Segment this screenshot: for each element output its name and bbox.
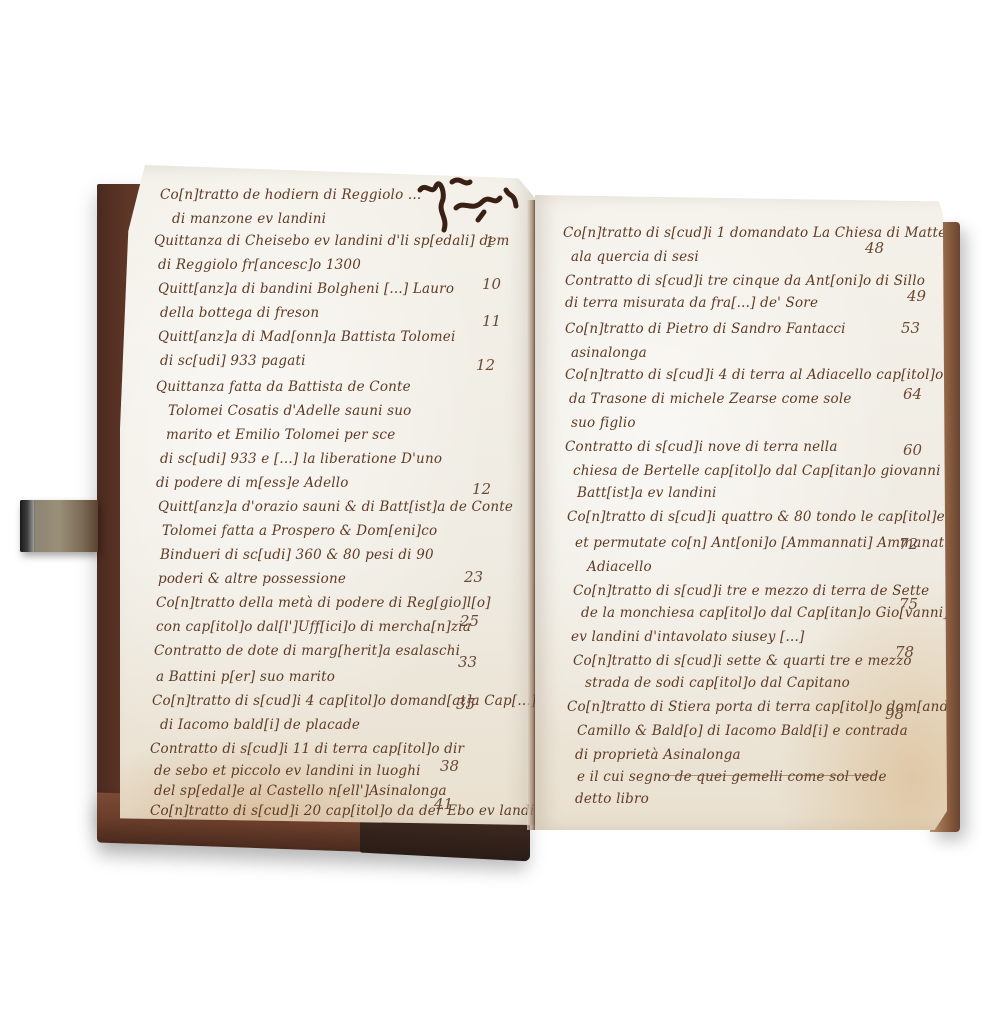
handwritten-line: Co[n]tratto di s[cud]i 1 domandato La Ch… <box>563 225 947 241</box>
manuscript-photo: Co[n]tratto de hodiern di Reggiolo ... d… <box>0 0 982 1024</box>
wormhole-damage <box>412 172 532 242</box>
folio-number: 75 <box>899 595 918 613</box>
folio-number: 35 <box>456 695 475 713</box>
folio-number: 98 <box>885 705 904 723</box>
handwritten-line: da Trasone di michele Zearse come sole <box>569 391 852 407</box>
handwritten-line: e il cui segno de quei gemelli come sol … <box>577 769 887 785</box>
handwritten-line: suo figlio <box>571 415 636 431</box>
handwritten-line: di terra misurata da fra[...] de' Sore <box>565 295 818 311</box>
handwritten-line: Camillo & Bald[o] di Iacomo Bald[i] e co… <box>577 723 908 739</box>
folio-number: 60 <box>903 441 922 459</box>
handwritten-line: Co[n]tratto di s[cud]i 4 di terra al Adi… <box>565 367 943 383</box>
handwritten-line: de sebo et piccolo ev landini in luoghi <box>154 763 421 779</box>
folio-number: 64 <box>903 385 922 403</box>
handwritten-line: a Battini p[er] suo marito <box>156 669 335 685</box>
folio-number: 10 <box>482 275 501 293</box>
handwritten-line: Co[n]tratto di s[cud]i 20 cap[itol]o da … <box>150 803 535 819</box>
folio-number: 49 <box>907 287 926 305</box>
handwritten-line: Batt[ist]a ev landini <box>577 485 717 501</box>
handwritten-line: ala quercia di sesi <box>571 249 699 265</box>
handwritten-line: Contratto di s[cud]i tre cinque da Ant[o… <box>565 273 925 289</box>
handwritten-line: di manzone ev landini <box>172 211 326 227</box>
handwritten-line: Contratto di s[cud]i nove di terra nella <box>565 439 838 455</box>
folio-number: 11 <box>482 312 501 330</box>
handwritten-line: Tolomei Cosatis d'Adelle sauni suo <box>168 403 412 419</box>
handwritten-line: ev landini d'intavolato siusey [...] <box>571 629 804 645</box>
handwritten-line: di Reggiolo fr[ancesc]o 1300 <box>158 257 361 273</box>
handwritten-line: di proprietà Asinalonga <box>575 747 741 763</box>
handwritten-line: Co[n]tratto di s[cud]i quattro & 80 tond… <box>567 509 945 525</box>
handwritten-line: Co[n]tratto di s[cud]i tre e mezzo di te… <box>573 583 929 599</box>
handwritten-line: Tolomei fatta a Prospero & Dom[eni]co <box>162 523 437 539</box>
handwritten-line: detto libro <box>575 791 649 807</box>
handwritten-line: Quitt[anz]a di Mad[onn]a Battista Tolome… <box>158 329 455 345</box>
handwritten-line: Contratto de dote di marg[herit]a esalas… <box>154 643 460 659</box>
folio-number: 78 <box>895 643 914 661</box>
handwritten-line: chiesa de Bertelle cap[itol]o dal Cap[it… <box>573 463 941 479</box>
left-page: Co[n]tratto de hodiern di Reggiolo ... d… <box>120 165 535 825</box>
handwritten-line: Co[n]tratto di Pietro di Sandro Fantacci <box>565 321 846 337</box>
handwritten-line: Co[n]tratto di s[cud]i 4 cap[itol]o doma… <box>152 693 535 709</box>
folio-number: 38 <box>440 757 459 775</box>
handwritten-line: de la monchiesa cap[itol]o dal Cap[itan]… <box>581 605 947 621</box>
folio-number: 48 <box>865 239 884 257</box>
handwritten-line: Adiacello <box>587 559 652 575</box>
clasp-tip <box>20 500 34 552</box>
folio-number: 12 <box>472 480 491 498</box>
folio-number: 41 <box>434 795 453 813</box>
right-page: Co[n]tratto di s[cud]i 1 domandato La Ch… <box>535 195 947 830</box>
handwritten-line: Bindueri di sc[udi] 360 & 80 pesi di 90 <box>160 547 434 563</box>
ink-rule <box>665 775 875 776</box>
handwritten-line: con cap[itol]o dal[l']Uff[ici]o di merch… <box>156 619 471 635</box>
handwritten-line: Quittanza fatta da Battista de Conte <box>156 379 411 395</box>
folio-number: 53 <box>901 319 920 337</box>
handwritten-line: Co[n]tratto della metà di podere di Reg[… <box>156 595 491 611</box>
handwritten-line: di podere di m[ess]e Adello <box>156 475 349 491</box>
folio-number: 23 <box>464 568 483 586</box>
handwritten-line: asinalonga <box>571 345 647 361</box>
handwritten-line: di sc[udi] 933 pagati <box>160 353 306 369</box>
handwritten-line: marito et Emilio Tolomei per sce <box>166 427 395 443</box>
handwritten-line: Contratto di s[cud]i 11 di terra cap[ito… <box>150 741 464 757</box>
handwritten-line: Co[n]tratto de hodiern di Reggiolo ... <box>160 187 421 203</box>
handwritten-line: del sp[edal]e al Castello n[ell']Asinalo… <box>154 783 447 799</box>
handwritten-line: di Iacomo bald[i] de placade <box>160 717 360 733</box>
right-page-text: Co[n]tratto di s[cud]i 1 domandato La Ch… <box>535 195 947 830</box>
handwritten-line: Co[n]tratto di s[cud]i sette & quarti tr… <box>573 653 912 669</box>
handwritten-line: Quitt[anz]a di bandini Bolgheni [...] La… <box>158 281 454 297</box>
handwritten-line: di sc[udi] 933 e [...] la liberatione D'… <box>160 451 442 467</box>
handwritten-line: poderi & altre possessione <box>158 571 346 587</box>
handwritten-line: strada de sodi cap[itol]o dal Capitano <box>585 675 850 691</box>
handwritten-line: et permutate co[n] Ant[oni]o [Ammannati]… <box>575 535 947 551</box>
handwritten-line: della bottega di freson <box>160 305 319 321</box>
folio-number: 25 <box>460 612 479 630</box>
folio-number: 12 <box>476 356 495 374</box>
folio-number: 33 <box>458 653 477 671</box>
folio-number: 72 <box>899 535 918 553</box>
handwritten-line: Quitt[anz]a d'orazio sauni & di Batt[ist… <box>158 499 513 515</box>
